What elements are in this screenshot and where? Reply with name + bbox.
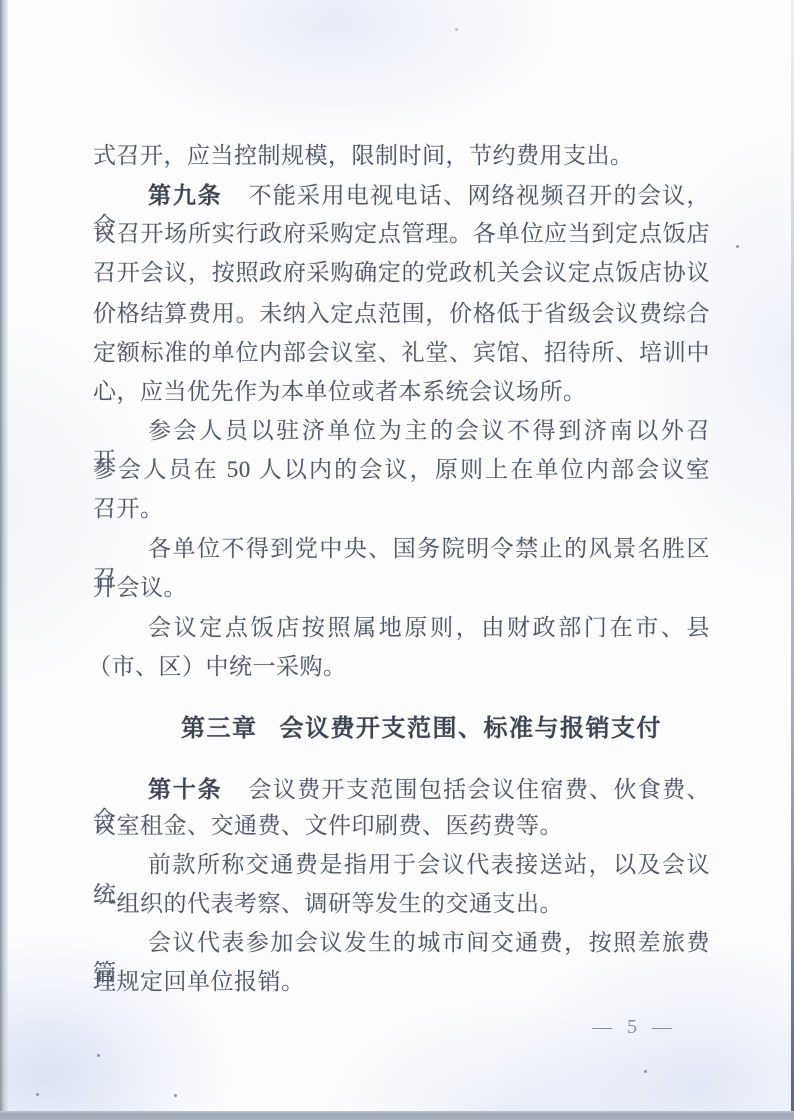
scan-edge-bottom [0,1111,794,1120]
article-number: 第十条 [148,776,223,802]
text-line: 议召开场所实行政府采购定点管理。各单位应当到定点饭店 [93,219,710,249]
text-line: 参会人员在 50 人以内的会议，原则上在单位内部会议室 [93,455,710,485]
scanned-document-page: 式召开，应当控制规模，限制时间，节约费用支出。 第九条不能采用电视电话、网络视频… [0,0,794,1120]
text-line: 定额标准的单位内部会议室、礼堂、宾馆、招待所、培训中 [93,338,710,368]
scan-speckle [97,1054,100,1057]
text-line: 式召开，应当控制规模，限制时间，节约费用支出。 [93,141,710,171]
text-line: 召开。 [93,494,710,524]
text-line: 价格结算费用。未纳入定点范围，价格低于省级会议费综合 [93,299,710,329]
text-line: 理规定回单位报销。 [93,967,710,997]
scan-speckle [36,1093,39,1096]
text-line: 开会议。 [93,573,710,603]
scan-speckle [455,28,458,31]
chapter-title: 会议费开支范围、标准与报销支付 [280,715,663,742]
chapter-heading: 第三章会议费开支范围、标准与报销支付 [181,708,662,743]
text-line: 召开会议，按照政府采购确定的党政机关会议定点饭店协议 [93,258,710,288]
text-line: 会议定点饭店按照属地原则，由财政部门在市、县 [93,613,710,643]
page-number: — 5 — [592,1016,677,1039]
scan-speckle [644,1070,647,1073]
scan-speckle [174,1094,177,1097]
text-line: 一组织的代表考察、调研等发生的交通支出。 [93,889,710,919]
text-line: （市、区）中统一采购。 [88,652,710,682]
text-line: 心，应当优先作为本单位或者本系统会议场所。 [93,377,710,407]
scan-speckle [736,245,739,248]
article-number: 第九条 [148,182,223,208]
chapter-number: 第三章 [181,715,258,742]
scan-edge-left [0,0,8,1120]
text-line: 议室租金、交通费、文件印刷费、医药费等。 [93,811,710,841]
